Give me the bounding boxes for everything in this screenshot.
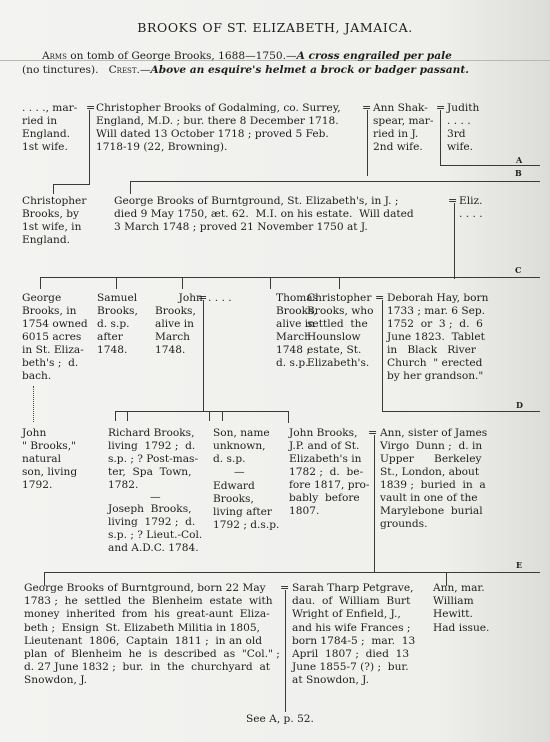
ann-hewitt-entry: Ann, mar. William Hewitt. Had issue. [433, 582, 489, 635]
george-blenheim-entry: George Brooks of Burntground, born 22 Ma… [24, 582, 280, 688]
child-drop [115, 411, 116, 421]
child-drop [288, 411, 289, 423]
george-1754-entry: George Brooks, in 1754 owned 6015 acres … [22, 292, 88, 383]
descent-line [374, 435, 375, 573]
sibling-bar [115, 411, 289, 412]
child-drop [40, 277, 41, 289]
joseph-entry: Joseph Brooks, living 1792 ; d. s.p. ; ?… [108, 503, 202, 555]
child-drop [209, 411, 210, 421]
child-drop [339, 277, 340, 289]
christopher-hounslow-entry: Christopher Brooks, who settled the Houn… [307, 292, 373, 370]
eliz-entry: Eliz. . . . . [459, 195, 483, 221]
ann-dunn-entry: Ann, sister of James Virgo Dunn ; d. in … [380, 427, 487, 531]
illegitimate-line [33, 386, 38, 422]
arms-description: Arms on tomb of George Brooks, 1688—1750… [22, 49, 469, 77]
marriage-sign: = [86, 102, 95, 113]
richard-entry: Richard Brooks, living 1792 ; d. s.p. ; … [108, 427, 198, 492]
descent-line [440, 110, 441, 165]
marker-b: B [515, 168, 522, 178]
divider: — [234, 466, 245, 479]
george-burntground-1750-entry: George Brooks of Burntground, St. Elizab… [114, 195, 414, 234]
arms-label: Arms [42, 50, 67, 62]
arms-tinctures: (no tinctures). [22, 64, 109, 76]
pedigree-page: BROOKS OF ST. ELIZABETH, JAMAICA. Arms o… [0, 0, 550, 742]
edward-entry: Edward Brooks, living after 1792 ; d.s.p… [213, 480, 279, 532]
marriage-sign: = [448, 195, 457, 206]
child-drop [53, 184, 54, 194]
christopher-godalming-entry: Christopher Brooks of Godalming, co. Sur… [96, 102, 341, 154]
samuel-entry: Samuel Brooks, d. s.p. after 1748. [97, 292, 138, 357]
sibling-bar [44, 572, 540, 573]
marker-c: C [515, 265, 521, 275]
descent-line [203, 300, 204, 412]
child-drop [116, 277, 117, 289]
line-d [382, 411, 540, 412]
second-wife-entry: Ann Shak- spear, mar- ried in J. 2nd wif… [373, 102, 433, 154]
crest-dash: .— [137, 64, 151, 76]
child-drop [127, 411, 128, 421]
first-wife-entry: . . . ., mar- ried in England. 1st wife. [22, 102, 77, 154]
arms-text: on tomb of George Brooks, 1688—1750.— [67, 50, 297, 62]
christopher-jr-entry: Christopher Brooks, by 1st wife, in Engl… [22, 195, 86, 247]
descent-line [285, 590, 286, 712]
sarah-petgrave-entry: Sarah Tharp Petgrave, dau. of William Bu… [292, 582, 415, 688]
descent-line [454, 203, 455, 279]
page-title: BROOKS OF ST. ELIZABETH, JAMAICA. [0, 20, 550, 35]
see-reference: See A, p. 52. [246, 713, 314, 726]
child-drop [222, 411, 223, 421]
descent-line [367, 110, 368, 176]
son-unknown-entry: Son, name unknown, d. s.p. [213, 427, 270, 466]
crest-blazon: Above an esquire's helmet a brock or bad… [150, 64, 468, 76]
john-wife-entry: . . . . [208, 292, 232, 305]
sibling-bar [53, 184, 90, 185]
marker-a: A [516, 155, 522, 165]
descent-line [382, 300, 383, 412]
marker-e: E [516, 560, 522, 570]
arms-blazon: A cross engrailed per pale [297, 50, 452, 62]
child-drop [130, 181, 131, 194]
child-drop [270, 277, 271, 289]
marriage-sign: = [368, 427, 377, 438]
child-drop [182, 277, 183, 289]
line-a [440, 165, 540, 166]
deborah-hay-entry: Deborah Hay, born 1733 ; mar. 6 Sep. 175… [387, 292, 488, 383]
crest-label: Crest [109, 64, 137, 76]
john-1748-entry: John Brooks, alive in March 1748. [155, 292, 203, 357]
third-wife-entry: Judith . . . . 3rd wife. [447, 102, 479, 154]
descent-line [89, 110, 90, 184]
john-natural-son-entry: John " Brooks," natural son, living 1792… [22, 427, 77, 492]
line-b [130, 181, 540, 182]
sibling-bar [40, 277, 540, 278]
marker-d: D [516, 400, 523, 410]
john-jp-entry: John Brooks, J.P. and of St. Elizabeth's… [289, 427, 370, 518]
